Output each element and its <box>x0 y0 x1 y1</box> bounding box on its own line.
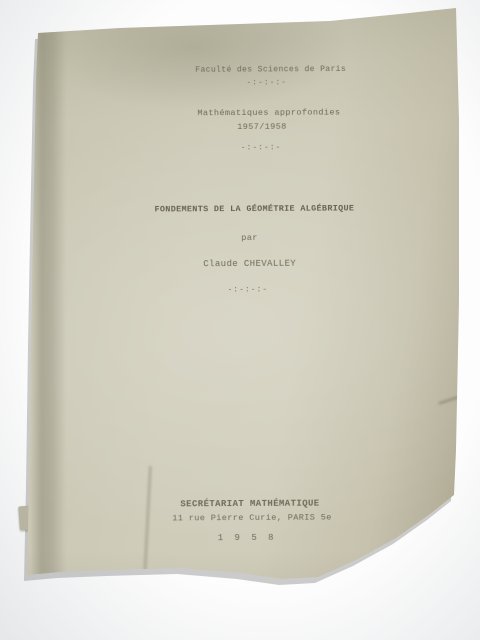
author-line: Claude CHEVALLEY <box>203 259 296 269</box>
cover-text: Faculté des Sciences de Paris -:-:-:- Ma… <box>0 0 480 640</box>
years-line: 1957/1958 <box>237 122 287 132</box>
separator-ornament: -:-:-:- <box>241 143 282 152</box>
year-line: 1 9 5 8 <box>218 533 277 543</box>
series-line: Mathématiques approfondies <box>197 107 340 118</box>
photograph-background: Faculté des Sciences de Paris -:-:-:- Ma… <box>0 0 480 640</box>
institution-line: Faculté des Sciences de Paris <box>195 65 346 75</box>
title-line: FONDEMENTS DE LA GÉOMÉTRIE ALGÉBRIQUE <box>154 203 354 214</box>
separator-ornament: -:-:-:- <box>228 285 269 294</box>
address-line: 11 rue Pierre Curie, PARIS 5e <box>172 513 332 524</box>
publisher-line: SECRÉTARIAT MATHÉMATIQUE <box>180 499 319 510</box>
separator-ornament: -:-:-:- <box>246 78 287 87</box>
byline: par <box>241 233 258 243</box>
booklet-cover: Faculté des Sciences de Paris -:-:-:- Ma… <box>0 0 480 640</box>
